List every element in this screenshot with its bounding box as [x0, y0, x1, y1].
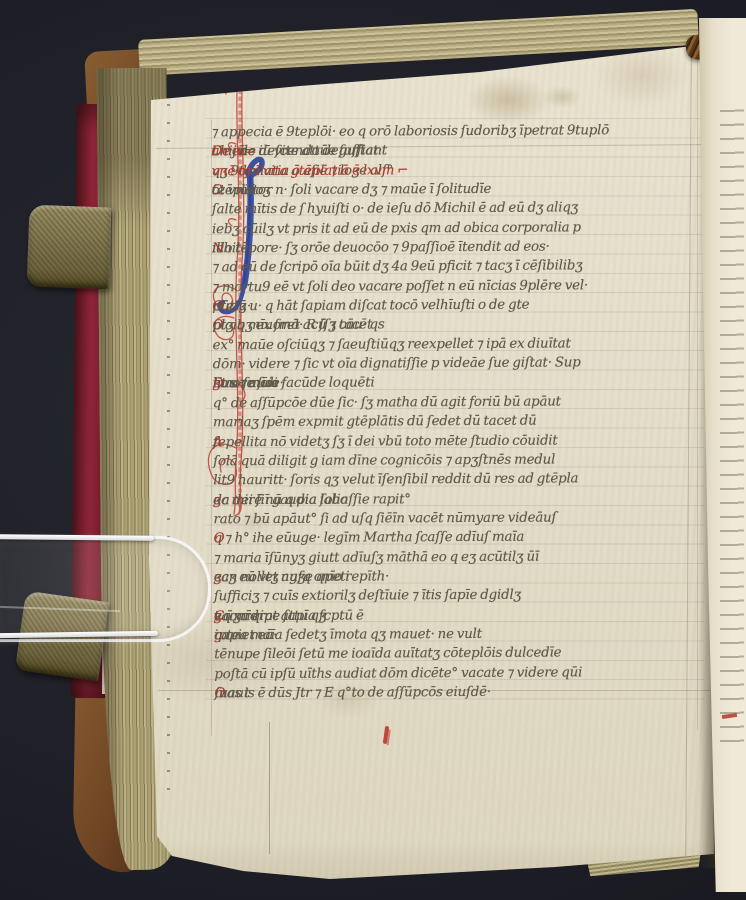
manuscript-text-line: ſalte mītis de ſ hyuiſti o· de ieſu dō M…: [212, 198, 706, 220]
manuscript-text-line: tēnupe ſileōi ſetū me ioaīda auītatʒ cōt…: [214, 643, 708, 665]
text-block: ⁊ appecia ē 9teplōi· eo q orō laboriosis…: [211, 121, 708, 724]
manuscript-text-line: da dei ſiī gaudia ſoliaſſie rapit° ʒec m…: [213, 488, 707, 510]
ink-text: qʒ 9teplatia ō aſiē ⁊ loʒe alſ°: [212, 161, 393, 181]
ink-text: iebʒ cūilʒ vt pris it ad eū de pxis qm a…: [212, 218, 581, 239]
ink-text: ichil: [212, 239, 240, 258]
ink-text: amene deſcendo deguſtat·: [212, 142, 383, 162]
red-filigree: [208, 57, 263, 516]
ink-text: dōm· videre ⁊ ſic vt oīa dignatiſſie p v…: [213, 353, 581, 374]
manuscript-text-line: nūtiū· Optetʒ u· q hāt ſapiam diſcat toc…: [212, 295, 706, 317]
ink-text: nūtiū·: [212, 297, 251, 317]
rubricated-text: A: [213, 433, 223, 452]
ink-text: hus ⁊ audi: [213, 374, 278, 394]
manuscript-text-line: hus ⁊ audi ʒ· more ſuo facūde loquēti Di…: [213, 372, 707, 394]
ink-text: ⁊ maria īſūnyʒ giutt adīuſʒ māthā eo q e…: [214, 547, 539, 568]
manuscript-text-line: ſolā quā diligit g iam dīne cognicōis ⁊ …: [213, 450, 707, 472]
manuscript-text-line: ploibʒ ex ſmō· R ſſʒ cāu· qs Optʒ q mīuo…: [212, 314, 706, 336]
manuscript-text-line: dōm· videre ⁊ ſic vt oīa dignatiſſie p v…: [213, 353, 707, 375]
manuscript-text-line: ſufficiʒ ⁊ cuīs extiorilʒ deſtīuie ⁊ īti…: [214, 585, 708, 607]
rubricated-text: ʒ: [214, 607, 221, 626]
ruling-line-top-margin: [156, 144, 706, 149]
ink-text: ⁊ appecia ē 9teplōi· eo q orō laboriosis…: [211, 121, 609, 142]
rubricated-text: O: [212, 317, 223, 336]
ink-text: ſolā quā diligit g iam dīne cognicōis ⁊ …: [213, 450, 555, 471]
rubricated-text: O: [214, 684, 225, 703]
manuscript-text-line: can nollet nuſq onīo repīth· ʒecʒ eū vtʒ…: [214, 566, 708, 588]
ink-text: illo tēpore· ſʒ orōe deuocōo ⁊ 9paſſioē …: [212, 238, 550, 259]
red-end-mark: [383, 726, 389, 744]
manuscript-text-line: poſtā cū ipſū uīths audiat dōm dicēte° v…: [214, 662, 708, 684]
ink-text: mariaʒ ſpēm expmit gtēplātis dū ſedet dū…: [213, 412, 537, 433]
ruling-line-lower-margin: [158, 690, 710, 691]
manuscript-text-line: illo tēpore· ſʒ orōe deuocōo ⁊ 9paſſioē …: [212, 237, 706, 259]
ink-text: ex° maūe oſciūqʒ ⁊ ſaeuſtiūqʒ reexpellet…: [213, 334, 571, 355]
facing-page-text-lines: [720, 98, 744, 748]
manuscript-text-line: ex° maūe oſciūqʒ ⁊ ſaeuſtiūqʒ reexpellet…: [213, 333, 707, 355]
ink-text: ōtēplator n· ſoli vacare dʒ ⁊ maūe ī ſol…: [212, 180, 491, 201]
ink-text: t q mīdrat attu qʒ: [214, 606, 326, 626]
ink-text: can nollet nuſq onīo repīth·: [214, 567, 389, 587]
rubricated-text: C: [212, 181, 222, 200]
penwork-initial-decoration: [196, 52, 270, 526]
rubricated-text: g: [214, 626, 222, 645]
ink-text: mas t: [214, 684, 249, 704]
rubricated-text: De iū=: [212, 142, 257, 162]
ruling-line-right-vertical: [685, 56, 692, 856]
rubricated-text: vnē dr ī vita gtēplatiā ē lxvm ⌐: [212, 161, 409, 181]
initial-letter-value: I: [0, 0, 1, 1]
ink-text: te vniēoʒ: [212, 181, 271, 201]
ink-text: q° de aſſūpcōe dūe ſic· ſʒ matha dū agit…: [213, 392, 561, 413]
manuscript-text-line: capiet eā· g iptea maīa ſedetʒ īmota qʒ …: [214, 624, 708, 646]
rubricated-text: N: [212, 239, 224, 258]
ink-text: ptʒ q mīuoret acū ⁊ tacēt: [212, 316, 372, 336]
manuscript-text-line: lit9 hauritt· ſoris qʒ velut īſenſibil r…: [213, 469, 707, 491]
ink-text: ſuauis ē dūs Jtr ⁊ E q°to de aſſūpcōs ei…: [214, 683, 491, 704]
manuscript-text-line: q° de aſſūpcōe dūe ſic· ſʒ matha dū agit…: [213, 392, 707, 414]
rubricated-text: ʒ: [213, 491, 220, 510]
manuscript-text-line: ⁊ mortu9 eē vt ſoli deo vacare poſſet n …: [212, 275, 706, 297]
ink-text: da dei ſiī gaudia ſoliaſſie rapit°: [213, 490, 410, 510]
ink-text: rato ⁊ bū apāut° ſi ad uſq ſiēīn vacēt n…: [213, 508, 556, 529]
manuscript-text-line: ſuauis ē dūs Jtr ⁊ E q°to de aſſūpcōs ei…: [214, 682, 708, 704]
rubricated-text: D: [213, 375, 224, 394]
manuscript-text-line: amene deſcendo deguſtat· Ct hij de iū vi…: [212, 140, 706, 162]
ink-text: poſtā cū ipſū uīths audiat dōm dicēte° v…: [214, 663, 582, 684]
blue-initial-I: [219, 159, 262, 312]
ink-text: t hij de iū vite attūe ſuffiant: [212, 142, 388, 162]
photo-backdrop: I ⁊ appecia ē 9teplōi· eo q orō laborios…: [0, 0, 746, 900]
ink-text: iptea maīa ſedetʒ īmota qʒ mauet· ne vul…: [214, 625, 482, 646]
ruling-line-right-vertical-2: [697, 60, 698, 730]
ink-text: · more ſuo facūde loquēti: [213, 374, 375, 394]
ink-text: t: [213, 433, 218, 452]
rubricated-text: ʒ: [214, 568, 221, 587]
ink-text: iīt·u·ſmōie·: [213, 374, 284, 394]
ink-text: ſalte mītis de ſ hyuiſti o· de ieſu dō M…: [212, 199, 578, 220]
manuscript-text-line: vacare ʒe ūʒa qipe ſapīa ſcptū ē Ct q mī…: [214, 604, 708, 626]
manuscript-text-line: rato ⁊ bū apāut° ſi ad uſq ſiēīn vacēt n…: [213, 508, 707, 530]
manuscript-text-line: qʒ 9teplatia ō aſiē ⁊ loʒe alſ° vnē dr ī…: [212, 159, 706, 181]
pricking-dots-column: [167, 104, 170, 798]
ink-text: e ūʒa qipe ſapīa ſcptū ē: [214, 606, 364, 626]
glass-weight-rod-bend: [0, 536, 211, 642]
ink-text: vacare: [214, 607, 258, 627]
rubricated-text: ʒ: [213, 375, 220, 394]
ruling-line-left-vertical: [211, 120, 212, 736]
ink-text: ec mirē nū q pia labo: [213, 490, 347, 510]
manuscript-text-line: ⁊ ad eū de ſcripō oīa būit dʒ 4a 9eū pfi…: [212, 256, 706, 278]
ruling-line-bottom-vertical: [269, 722, 270, 854]
ruling-lines-horizontal: [206, 118, 704, 718]
rubricated-text: O: [214, 529, 225, 548]
ink-text: ecʒ eū vtʒ agʒe qpeti: [214, 567, 350, 587]
ink-text: ploibʒ ex ſmō· R ſſʒ cāu· qs: [212, 316, 384, 336]
ink-text: capiet eā·: [214, 626, 277, 646]
rubricated-text: O: [212, 297, 223, 316]
manuscript-text-line: te vniēoʒ Cōtēplator n· ſoli vacare dʒ ⁊…: [212, 179, 706, 201]
manuscript-text-line: ⁊ appecia ē 9teplōi· eo q orō laboriosis…: [211, 121, 705, 143]
ink-text: ⁊ ad eū de ſcripō oīa būit dʒ 4a 9eū pfi…: [212, 257, 583, 278]
ink-text: q ⁊ h° ihe eūuge· legīm Martha ſcaſſe ad…: [214, 528, 525, 549]
manuscript-text-line: ⁊ maria īſūnyʒ giutt adīuſʒ māthā eo q e…: [214, 546, 708, 568]
ink-text: ſepellita nō videtʒ ſʒ ī dei vbū toto mē…: [213, 431, 558, 452]
manuscript-text-line: iebʒ cūilʒ vt pris it ad eū de pxis qm a…: [212, 217, 706, 239]
ink-text: lit9 hauritt· ſoris qʒ velut īſenſibil r…: [213, 470, 578, 491]
ink-text: ptetʒ u· q hāt ſapiam diſcat tocō velhīu…: [212, 296, 529, 317]
clasp-strap-top: [27, 205, 112, 290]
ink-text: tēnupe ſileōi ſetū me ioaīda auītatʒ cōt…: [214, 644, 561, 665]
ink-text: ſufficiʒ ⁊ cuīs extiorilʒ deſtīuie ⁊ īti…: [214, 586, 521, 607]
rubricated-text: C: [214, 607, 224, 626]
manuscript-text-line: mariaʒ ſpēm expmit gtēplātis dū ſedet dū…: [213, 411, 707, 433]
manuscript-text-line: ſepellita nō videtʒ ſʒ ī dei vbū toto mē…: [213, 430, 707, 452]
ink-text: ⁊ mortu9 eē vt ſoli deo vacare poſſet n …: [212, 276, 588, 297]
rubricated-text: C: [212, 143, 222, 162]
manuscript-text-line: q ⁊ h° ihe eūuge· legīm Martha ſcaſſe ad…: [214, 527, 708, 549]
